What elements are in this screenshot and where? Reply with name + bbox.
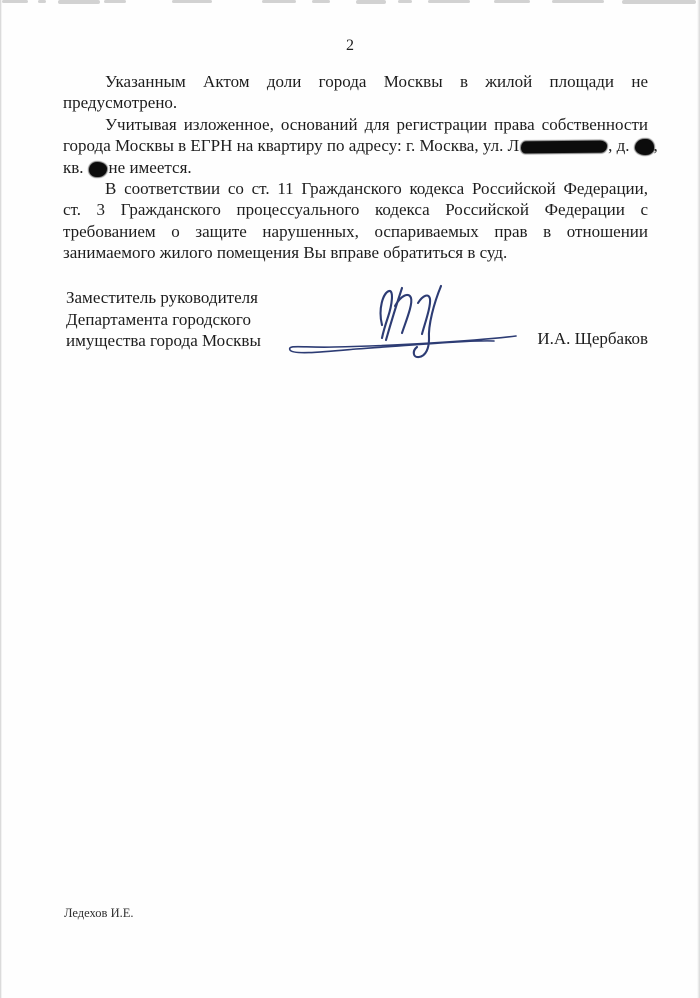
signer-name: И.А. Щербаков xyxy=(520,329,648,349)
address-text-comma: , xyxy=(654,136,658,155)
paragraph2-line1: Учитывая изложенное, оснований для регис… xyxy=(63,114,648,135)
redaction-house-number xyxy=(635,139,654,155)
handwritten-signature xyxy=(278,281,526,365)
address-text-apartment-label: кв. xyxy=(63,158,84,177)
paragraph2-line3: кв.не имеется. xyxy=(63,157,648,178)
letter-body: Указанным Актом доли города Москвы в жил… xyxy=(63,71,648,264)
paragraph2-line3-tail: не имеется. xyxy=(109,158,192,177)
signer-job-title: Заместитель руководителя Департамента го… xyxy=(66,287,296,352)
address-text-house-label: , д. xyxy=(608,136,629,155)
paragraph3-line1: В соответствии со ст. 11 Гражданского ко… xyxy=(63,178,648,199)
signer-job-title-line2: Департамента городского xyxy=(66,309,296,331)
redaction-apartment-number xyxy=(89,162,107,177)
redaction-street-name xyxy=(521,141,607,154)
address-text-before-street: города Москвы в ЕГРН на квартиру по адре… xyxy=(63,136,519,155)
page-number: 2 xyxy=(0,37,700,55)
executor-name: Ледехов И.Е. xyxy=(64,906,133,921)
paragraph1-line2: предусмотрено. xyxy=(63,92,648,113)
scanned-document-page: 2 Указанным Актом доли города Москвы в ж… xyxy=(0,0,700,998)
paragraph1-line1: Указанным Актом доли города Москвы в жил… xyxy=(63,71,648,92)
scan-edge-left xyxy=(0,0,2,998)
signer-job-title-line1: Заместитель руководителя xyxy=(66,287,296,309)
paragraph2-line2: города Москвы в ЕГРН на квартиру по адре… xyxy=(63,135,648,156)
signer-job-title-line3: имущества города Москвы xyxy=(66,330,296,352)
paragraph3-line2: ст. 3 Гражданского процессуального кодек… xyxy=(63,199,648,220)
paragraph3-line4: занимаемого жилого помещения Вы вправе о… xyxy=(63,242,648,263)
paragraph3-line3: требованием о защите нарушенных, оспарив… xyxy=(63,221,648,242)
scan-artifact-top-edge xyxy=(0,0,700,5)
